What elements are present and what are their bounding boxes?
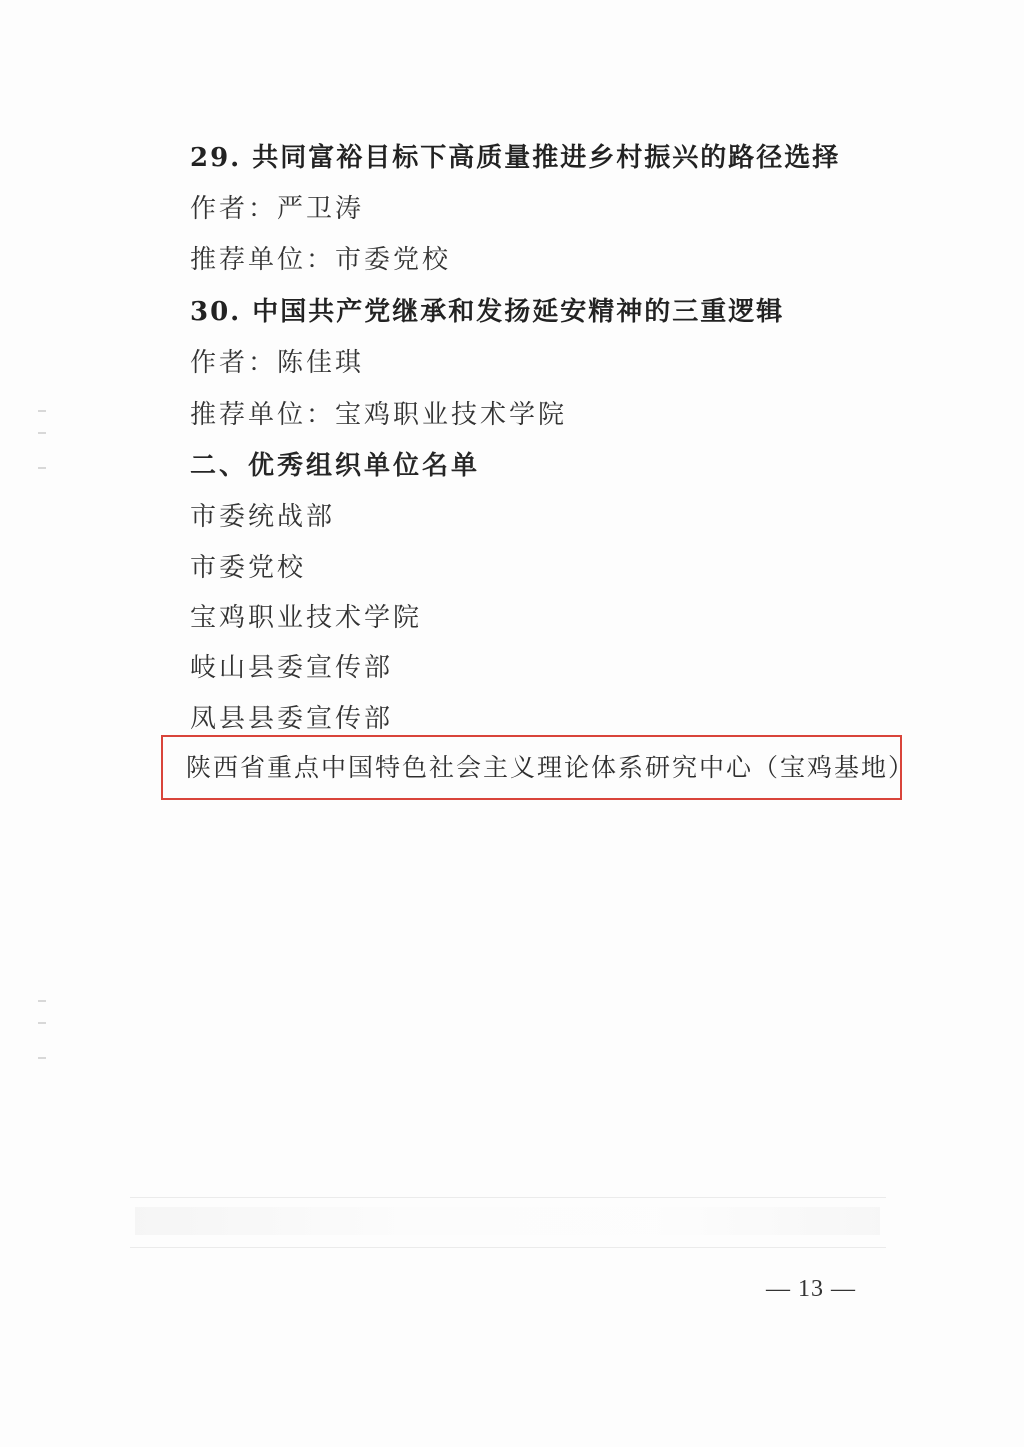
section-heading: 二、优秀组织单位名单 [190,450,480,482]
bleed-through-band [135,1207,880,1235]
scan-mark [38,432,46,434]
entry-title: 29. 共同富裕目标下高质量推进乡村振兴的路径选择 [190,142,840,174]
entry-author: 作者：严卫涛 [190,193,364,225]
organization-item: 岐山县委宣传部 [190,652,393,684]
entry-recommending-unit: 推荐单位：市委党校 [190,244,451,276]
scan-mark [38,1000,46,1002]
scan-mark [38,1022,46,1024]
scan-mark [38,1057,46,1059]
page-number: — 13 — [766,1276,856,1303]
scan-mark [38,410,46,412]
organization-item: 市委统战部 [190,501,335,533]
document-page: 29. 共同富裕目标下高质量推进乡村振兴的路径选择 作者：严卫涛 推荐单位：市委… [0,0,1024,1447]
bleed-through-rule [130,1247,886,1248]
organization-item: 凤县县委宣传部 [190,703,393,735]
entry-title: 30. 中国共产党继承和发扬延安精神的三重逻辑 [190,296,784,328]
entry-recommending-unit: 推荐单位：宝鸡职业技术学院 [190,399,567,431]
entry-author: 作者：陈佳琪 [190,347,364,379]
bleed-through-rule [130,1197,886,1198]
organization-item: 宝鸡职业技术学院 [190,602,422,634]
organization-item: 市委党校 [190,552,306,584]
highlighted-organization: 陕西省重点中国特色社会主义理论体系研究中心（宝鸡基地） [186,752,915,784]
scan-mark [38,467,46,469]
